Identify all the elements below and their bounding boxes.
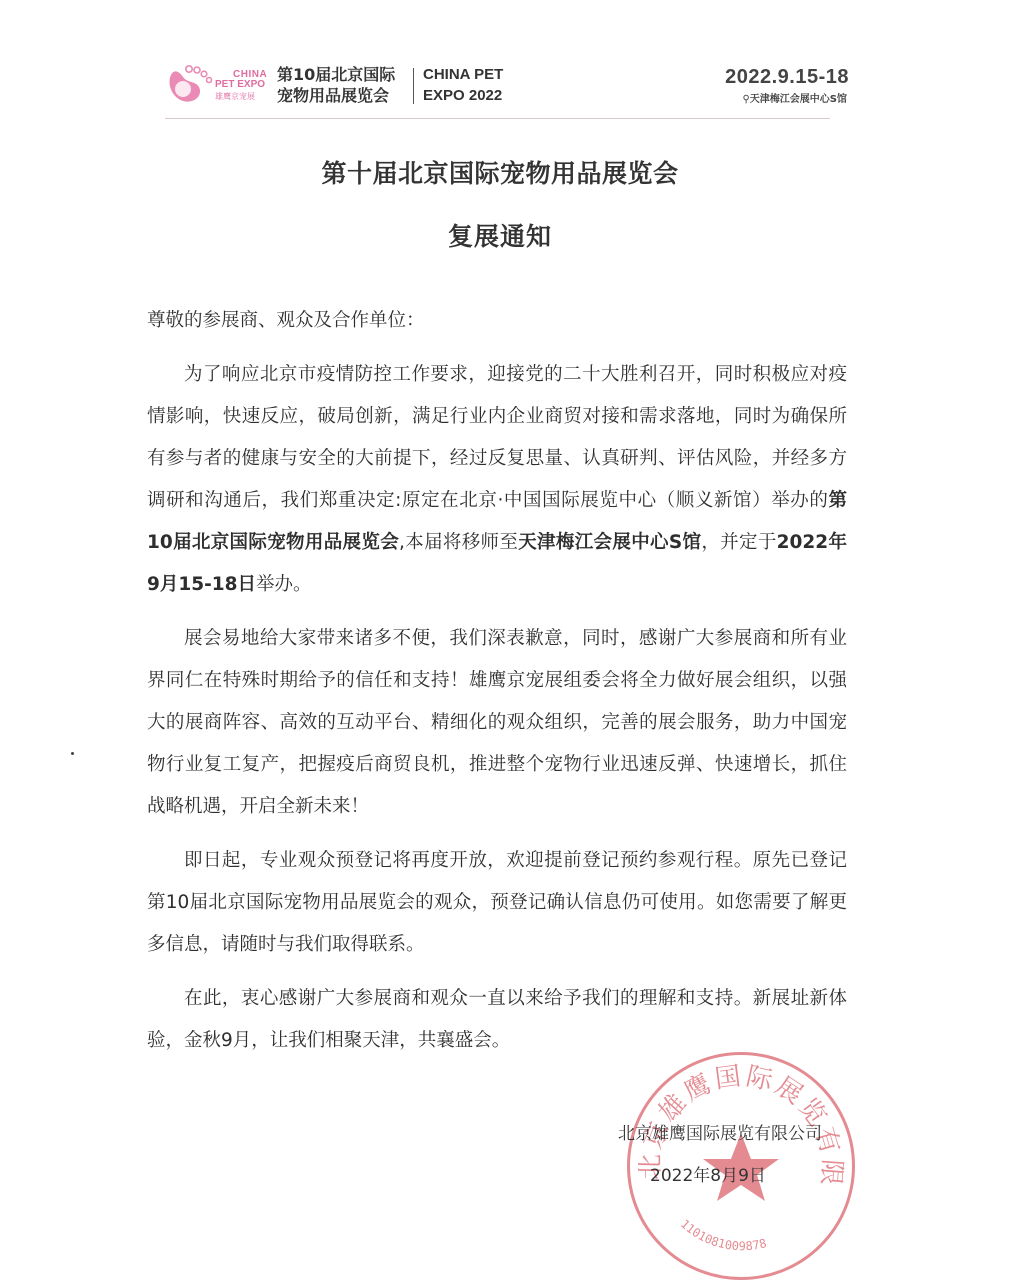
venue-text: 天津梅江会展中心S馆	[750, 94, 847, 105]
paragraph-4: 在此，衷心感谢广大参展商和观众一直以来给予我们的理解和支持。新展址新体验，金秋9…	[147, 978, 847, 1062]
location-pin-icon: ⚲	[742, 94, 749, 105]
letterhead: CHINA PET EXPO 雄鹰京宠展 第10届北京国际 宠物用品展览会 CH…	[165, 48, 855, 108]
paragraph-2: 展会易地给大家带来诸多不便，我们深表歉意，同时，感谢广大参展商和所有业界同仁在特…	[147, 618, 847, 828]
para1-text-4: 举办。	[256, 574, 312, 595]
expo-name-en-line2: EXPO 2022	[423, 85, 503, 106]
expo-name-cn-line1: 第10届北京国际	[277, 64, 395, 85]
greeting: 尊敬的参展商、观众及合作单位：	[147, 300, 847, 342]
paragraph-3: 即日起，专业观众预登记将再度开放，欢迎提前登记预约参观行程。原先已登记第10届北…	[147, 840, 847, 966]
paragraph-1: 为了响应北京市疫情防控工作要求，迎接党的二十大胜利召开，同时积极应对疫情影响，快…	[147, 354, 847, 606]
expo-name-cn-line2: 宠物用品展览会	[277, 85, 395, 106]
svg-text:1101081009878: 1101081009878	[678, 1217, 768, 1253]
letter-body: 尊敬的参展商、观众及合作单位： 为了响应北京市疫情防控工作要求，迎接党的二十大胜…	[147, 300, 847, 1074]
document-subtitle: 复展通知	[0, 217, 1000, 253]
expo-name-english: CHINA PET EXPO 2022	[423, 64, 503, 106]
para1-text-3: ，并定于	[701, 532, 776, 553]
logo-petexpo-text: PET EXPO	[215, 79, 265, 90]
logo-subtitle: 雄鹰京宠展	[215, 91, 255, 102]
document-title: 第十届北京国际宠物用品展览会	[0, 154, 1000, 190]
expo-date: 2022.9.15-18	[725, 66, 849, 89]
signature-date: 2022年8月9日	[650, 1161, 766, 1186]
expo-venue: ⚲天津梅江会展中心S馆	[742, 90, 847, 105]
new-venue-bold: 天津梅江会展中心S馆	[518, 532, 701, 553]
expo-logo: CHINA PET EXPO 雄鹰京宠展	[165, 53, 270, 103]
header-divider	[413, 68, 414, 104]
signature-company: 北京雄鹰国际展览有限公司	[618, 1119, 822, 1144]
scan-speck	[71, 752, 74, 755]
seal-number: 1101081009878	[678, 1217, 768, 1253]
expo-name-en-line1: CHINA PET	[423, 64, 503, 85]
header-rule	[165, 118, 830, 119]
para1-text: 为了响应北京市疫情防控工作要求，迎接党的二十大胜利召开，同时积极应对疫情影响，快…	[147, 364, 847, 511]
paw-foot-icon	[165, 61, 217, 103]
para1-text-2: ,本届将移师至	[399, 532, 518, 553]
expo-name-chinese: 第10届北京国际 宠物用品展览会	[277, 64, 395, 106]
